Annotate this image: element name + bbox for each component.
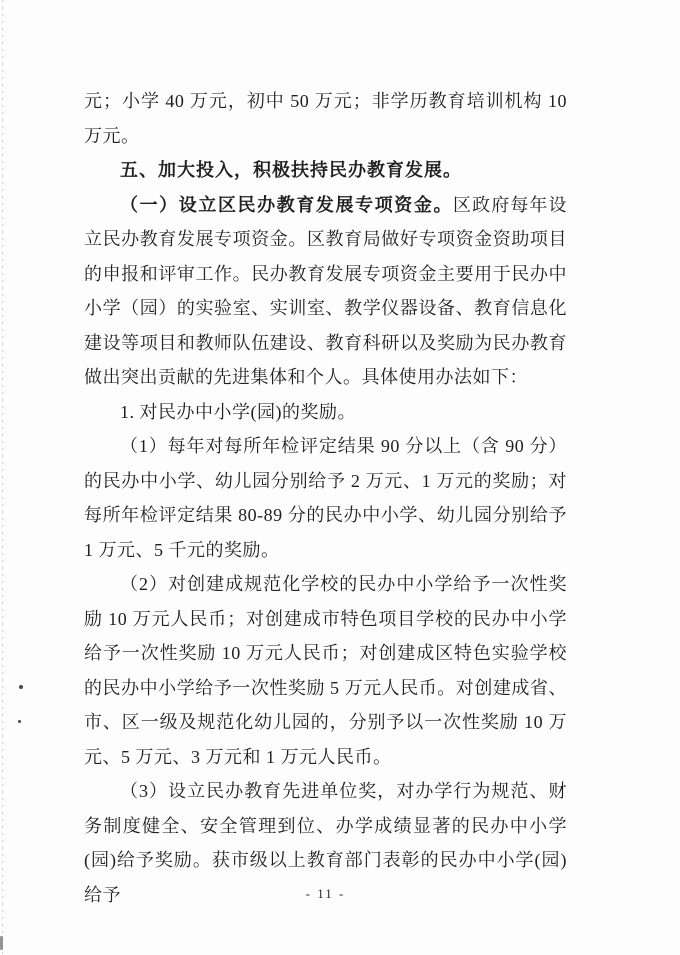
paragraph-special-fund: （一）设立区民办教育发展专项资金。区政府每年设立民办教育发展专项资金。区教育局做… — [84, 188, 567, 395]
paragraph-award-item-1-2: （2）对创建成规范化学校的民办中小学给予一次性奖励 10 万元人民币；对创建成市… — [84, 567, 567, 774]
section-heading-five: 五、加大投入，积极扶持民办教育发展。 — [84, 153, 567, 188]
paragraph-special-fund-text: 区政府每年设立民办教育发展专项资金。区教育局做好专项资金资助项目的申报和评审工作… — [84, 195, 567, 388]
paragraph-award-item-1-1: （1）每年对每所年检评定结果 90 分以上（含 90 分）的民办中小学、幼儿园分… — [84, 429, 567, 567]
page-number: - 11 - — [84, 886, 567, 902]
scanned-document-page: 元；小学 40 万元，初中 50 万元；非学历教育培训机构 10 万元。 五、加… — [0, 0, 680, 955]
paragraph-award-item-1: 1. 对民办中小学(园)的奖励。 — [84, 395, 567, 430]
scan-speck — [18, 720, 21, 723]
paragraph-special-fund-lead: （一）设立区民办教育发展专项资金。 — [120, 195, 453, 215]
scan-edge-line — [2, 0, 3, 955]
paragraph-fee-limits-continued: 元；小学 40 万元，初中 50 万元；非学历教育培训机构 10 万元。 — [84, 84, 567, 153]
document-body: 元；小学 40 万元，初中 50 万元；非学历教育培训机构 10 万元。 五、加… — [84, 84, 567, 912]
scan-speck — [19, 685, 23, 689]
scan-speck — [0, 936, 3, 950]
